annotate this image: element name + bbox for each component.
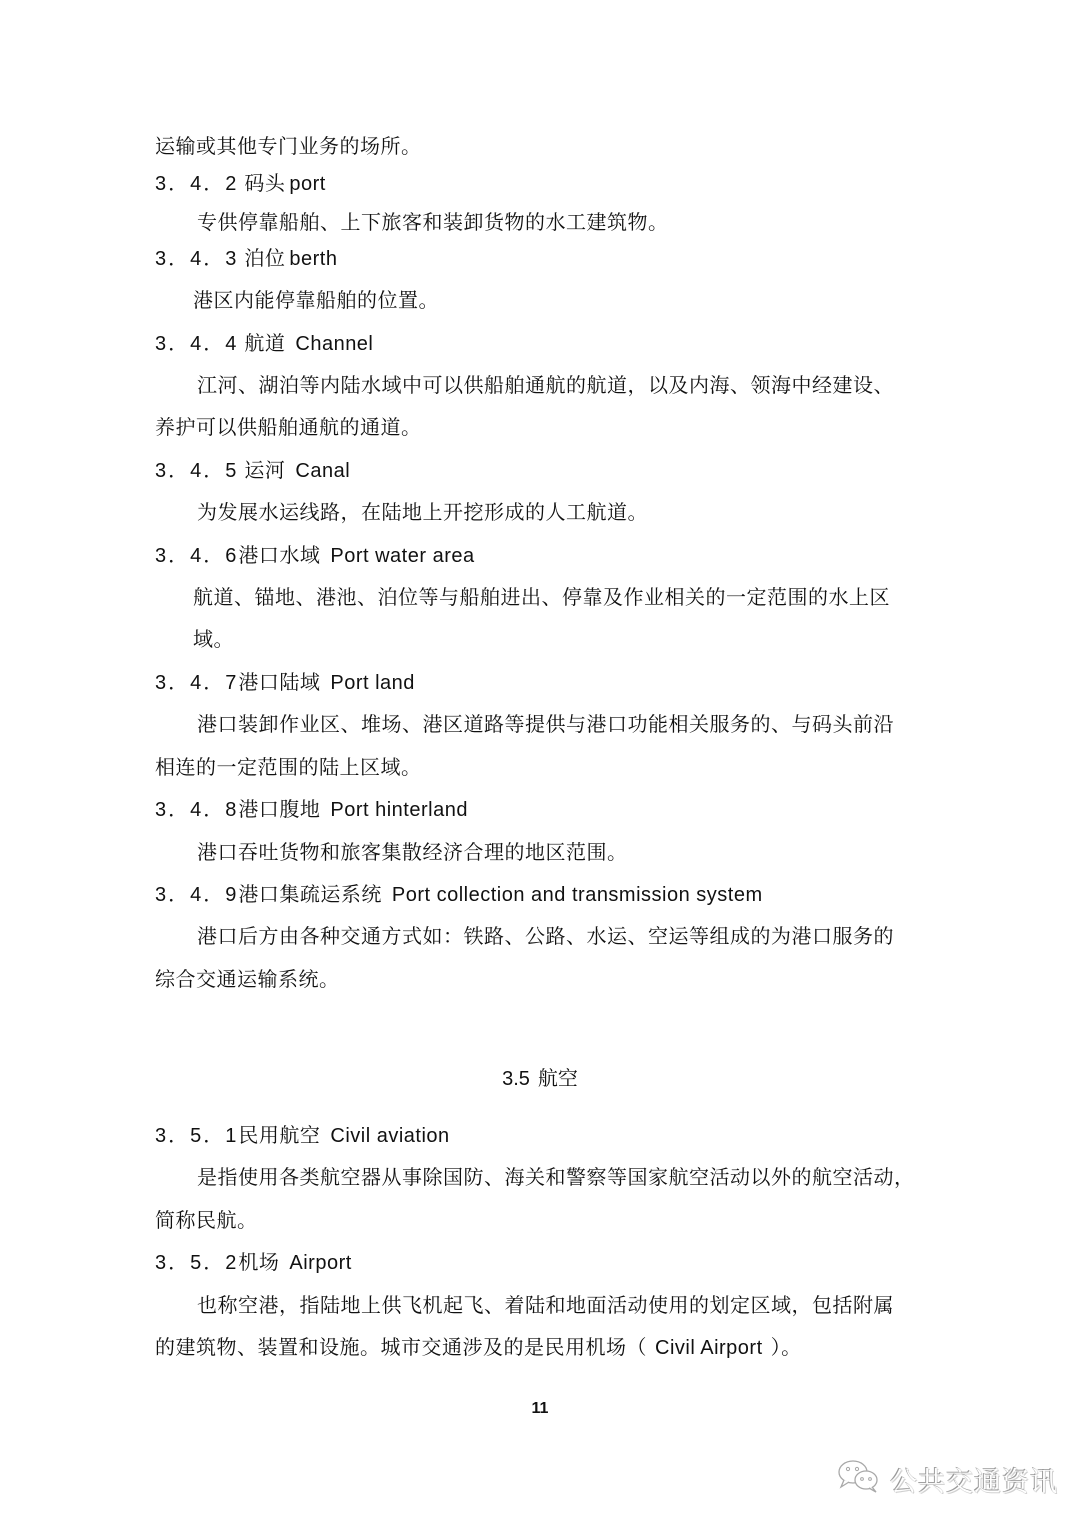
term-chinese: 航道 <box>244 331 285 355</box>
term-definition: 江河、湖泊等内陆水域中可以供船舶通航的航道，以及内海、领海中经建设、 <box>197 371 894 399</box>
term-number: 3．4．3 <box>155 248 238 270</box>
term-definition-cont: 相连的一定范围的陆上区域。 <box>155 753 422 781</box>
term-chinese: 机场 <box>238 1250 279 1274</box>
term-chinese: 民用航空 <box>238 1123 320 1147</box>
term-number: 3．4．7 <box>155 672 238 694</box>
term-english: Civil aviation <box>330 1125 449 1147</box>
term-english: Canal <box>295 460 350 482</box>
term-english: Port water area <box>330 545 474 567</box>
term-definition: 为发展水运线路，在陆地上开挖形成的人工航道。 <box>197 498 648 526</box>
term-definition: 港口吞吐货物和旅客集散经济合理的地区范围。 <box>197 838 628 866</box>
term-number: 3．4．5 <box>155 460 238 482</box>
term-heading-3-4-9: 3．4．9港口集疏运系统Port collection and transmis… <box>155 880 763 909</box>
term-chinese: 港口腹地 <box>238 797 320 821</box>
section-title: 航空 <box>538 1066 578 1090</box>
term-chinese: 泊位 <box>244 246 285 270</box>
wechat-icon <box>836 1458 890 1501</box>
term-definition-cont: 的建筑物、装置和设施。城市交通涉及的是民用机场（Civil Airport）。 <box>155 1333 802 1362</box>
term-definition-cont: 域。 <box>193 625 234 653</box>
definition-english: Civil Airport <box>655 1337 763 1359</box>
term-chinese: 港口水域 <box>238 543 320 567</box>
term-heading-3-4-6: 3．4．6港口水域Port water area <box>155 541 475 570</box>
watermark: 公共交通资讯 <box>836 1458 1058 1501</box>
term-english: Airport <box>289 1252 351 1274</box>
term-number: 3．5．2 <box>155 1252 238 1274</box>
term-heading-3-4-3: 3．4．3泊位berth <box>155 244 337 273</box>
term-definition: 港区内能停靠船舶的位置。 <box>193 286 439 314</box>
term-number: 3．4．6 <box>155 545 238 567</box>
term-definition-cont: 养护可以供船舶通航的通道。 <box>155 413 422 441</box>
document-page: 运输或其他专门业务的场所。 3．4．2码头port 专供停靠船舶、上下旅客和装卸… <box>0 0 1080 1527</box>
term-english: berth <box>289 248 337 270</box>
term-english: Port land <box>330 672 415 694</box>
term-english: Channel <box>295 333 373 355</box>
term-chinese: 港口陆域 <box>238 670 320 694</box>
term-number: 3．4．8 <box>155 799 238 821</box>
definition-text: ）。 <box>771 1335 802 1359</box>
term-heading-3-4-5: 3．4．5运河Canal <box>155 456 350 485</box>
term-definition: 航道、锚地、港池、泊位等与船舶进出、停靠及作业相关的一定范围的水上区 <box>193 583 890 611</box>
watermark-text: 公共交通资讯 <box>890 1460 1058 1499</box>
term-english: port <box>289 173 325 195</box>
term-definition: 港口后方由各种交通方式如：铁路、公路、水运、空运等组成的为港口服务的 <box>197 922 894 950</box>
term-definition-cont: 简称民航。 <box>155 1206 258 1234</box>
term-english: Port hinterland <box>330 799 468 821</box>
term-chinese: 码头 <box>244 171 285 195</box>
term-definition: 港口装卸作业区、堆场、港区道路等提供与港口功能相关服务的、与码头前沿 <box>197 710 894 738</box>
term-number: 3．4．4 <box>155 333 238 355</box>
term-heading-3-4-8: 3．4．8港口腹地Port hinterland <box>155 795 468 824</box>
term-english: Port collection and transmission system <box>392 884 763 906</box>
term-chinese: 港口集疏运系统 <box>238 882 382 906</box>
term-number: 3．4．2 <box>155 173 238 195</box>
section-heading-3-5: 3.5航空 <box>0 1064 1080 1093</box>
page-number: 11 <box>0 1398 1080 1420</box>
continuation-text: 运输或其他专门业务的场所。 <box>155 132 422 160</box>
section-number: 3.5 <box>502 1068 530 1090</box>
term-definition: 专供停靠船舶、上下旅客和装卸货物的水工建筑物。 <box>197 208 669 236</box>
term-number: 3．4．9 <box>155 884 238 906</box>
definition-text: 的建筑物、装置和设施。城市交通涉及的是民用机场（ <box>155 1335 647 1359</box>
term-definition-cont: 综合交通运输系统。 <box>155 965 340 993</box>
term-definition: 是指使用各类航空器从事除国防、海关和警察等国家航空活动以外的航空活动， <box>197 1163 915 1191</box>
term-definition: 也称空港，指陆地上供飞机起飞、着陆和地面活动使用的划定区域，包括附属 <box>197 1291 894 1319</box>
term-number: 3．5．1 <box>155 1125 238 1147</box>
term-chinese: 运河 <box>244 458 285 482</box>
term-heading-3-4-7: 3．4．7港口陆域Port land <box>155 668 415 697</box>
term-heading-3-5-1: 3．5．1民用航空Civil aviation <box>155 1121 450 1150</box>
term-heading-3-4-4: 3．4．4航道Channel <box>155 329 373 358</box>
term-heading-3-4-2: 3．4．2码头port <box>155 169 326 198</box>
term-heading-3-5-2: 3．5．2机场Airport <box>155 1248 352 1277</box>
